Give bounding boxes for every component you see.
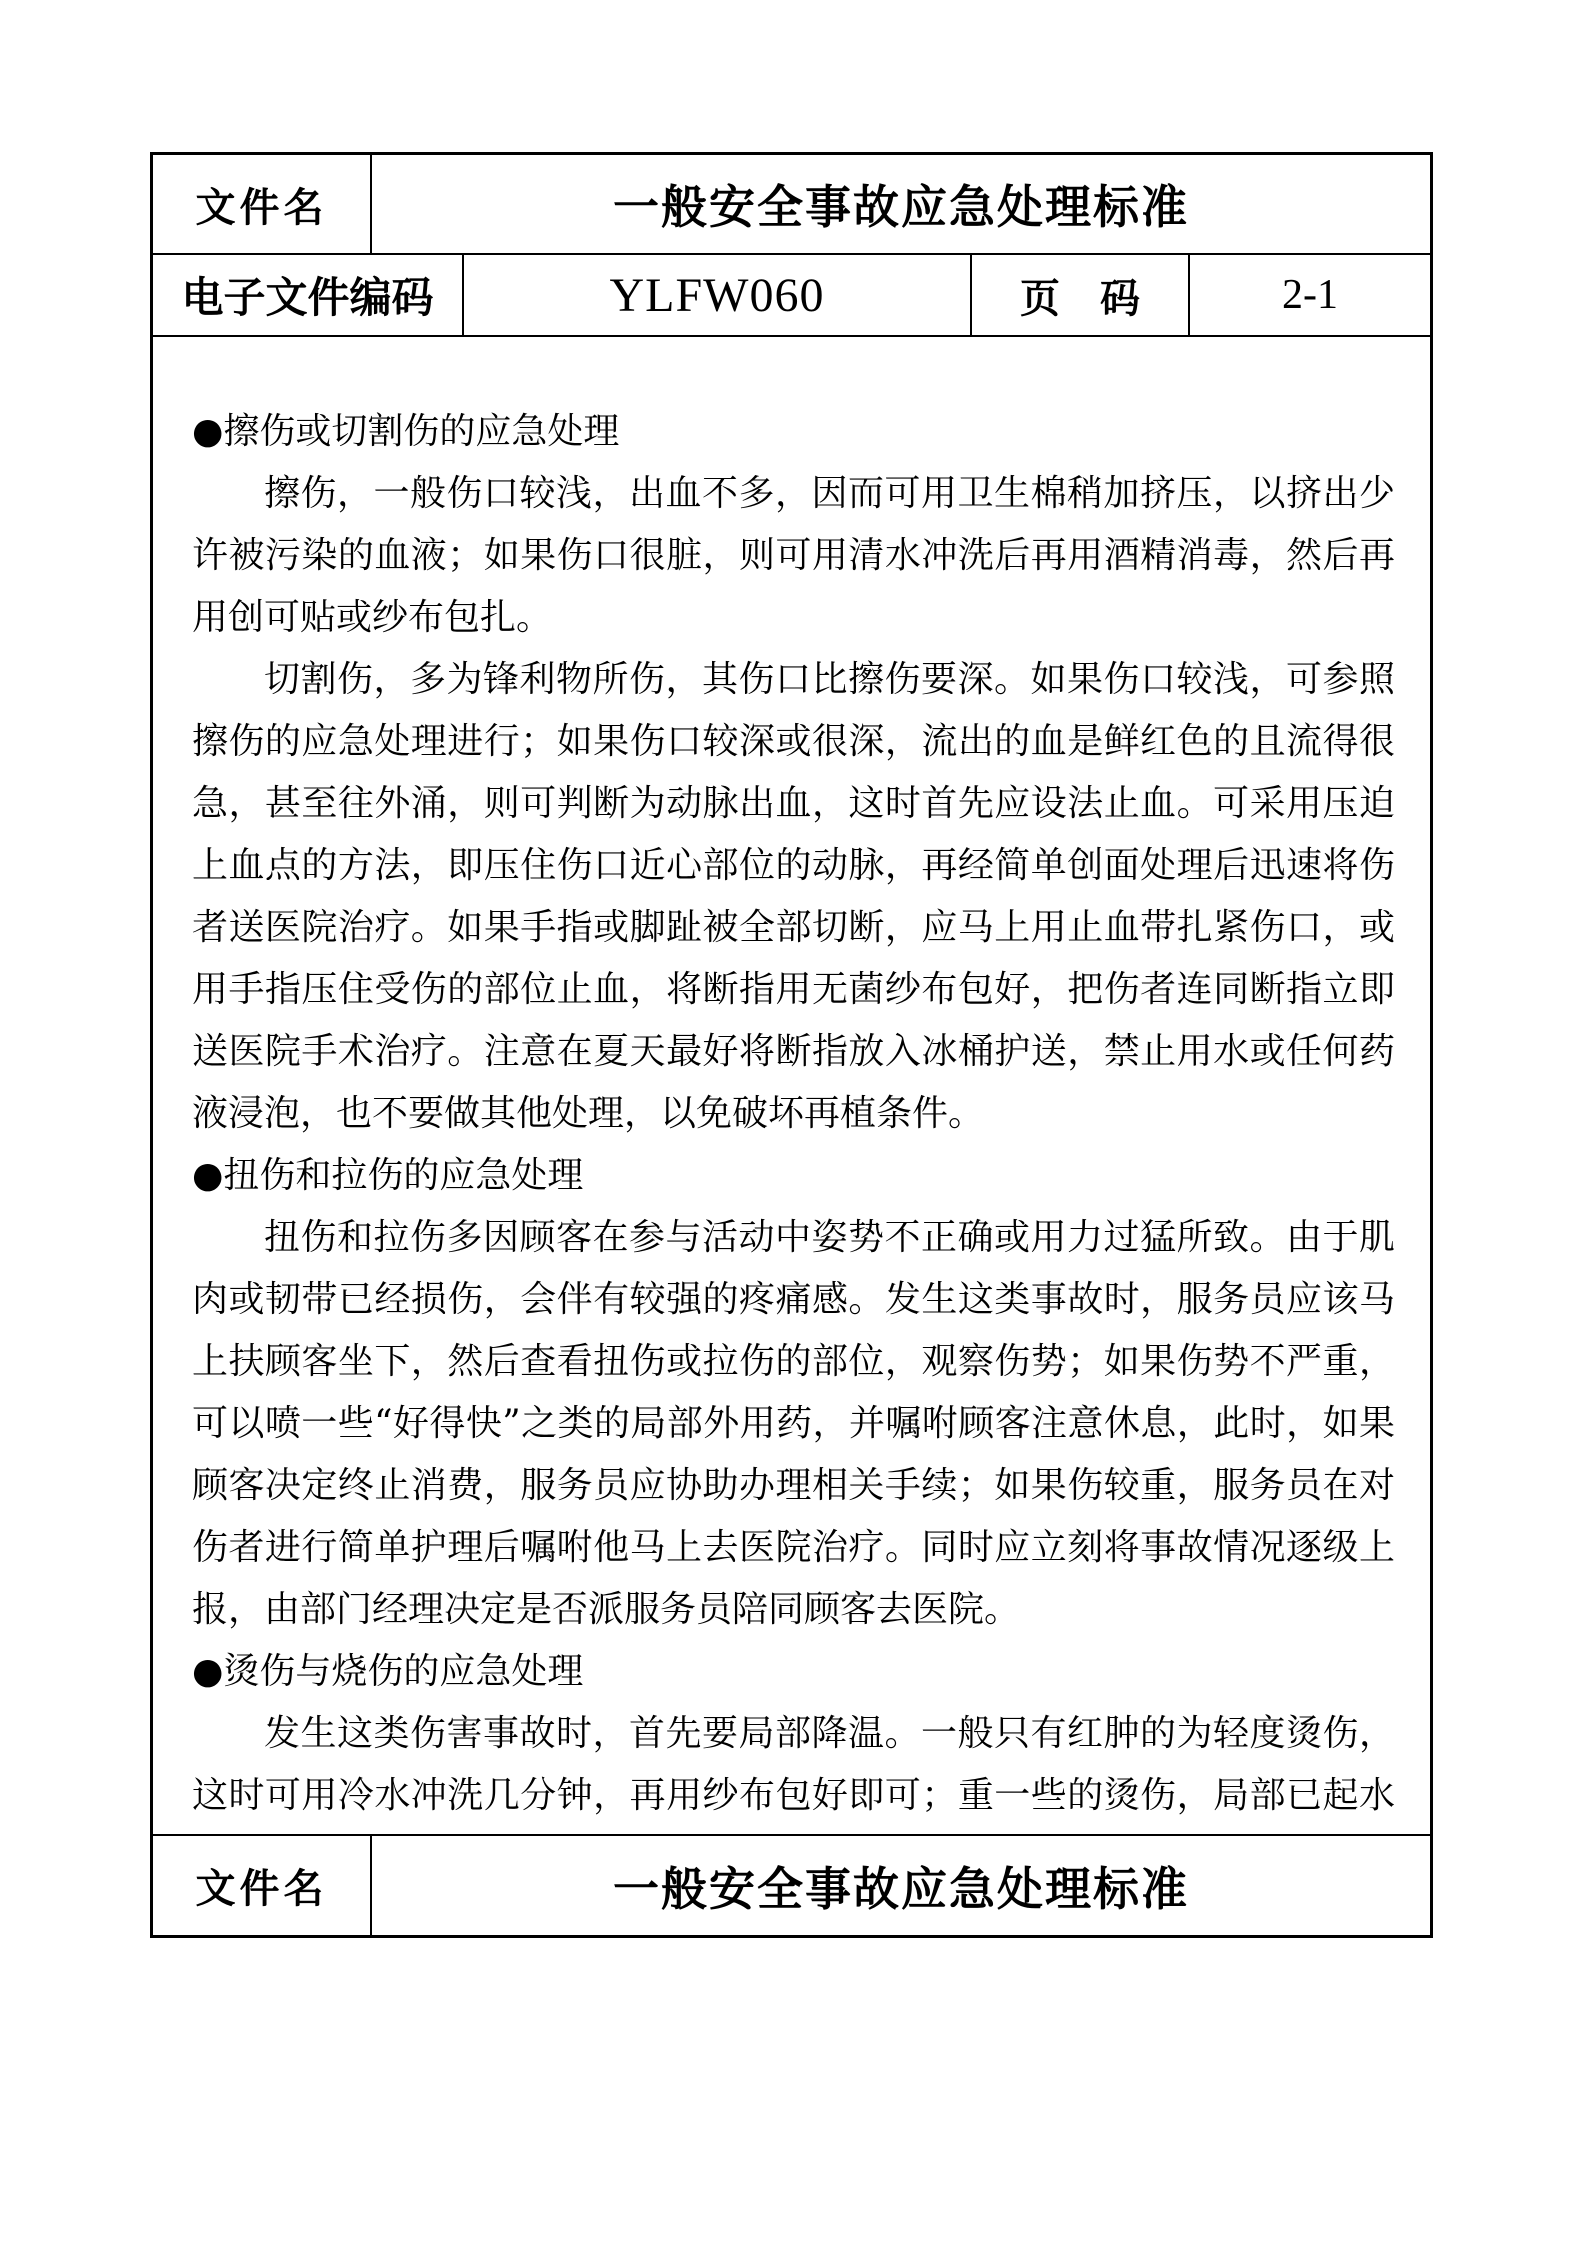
file-code-value-cell: YLFW060 [464,255,972,335]
body-paragraph: 发生这类伤害事故时，首先要局部降温。一般只有红肿的为轻度烫伤，这时可用冷水冲洗几… [192,1703,1395,1836]
section-heading: ●扭伤和拉伤的应急处理 [192,1145,1395,1207]
page-number-value-cell: 2-1 [1190,255,1430,335]
footer-document-title: 一般安全事故应急处理标准 [613,1853,1189,1919]
page-number-label-cell: 页 码 [972,255,1190,335]
document-title-cell: 一般安全事故应急处理标准 [372,155,1430,253]
file-name-label-cell: 文件名 [153,155,372,253]
file-name-label: 文件名 [196,176,328,233]
body-paragraph: 擦伤，一般伤口较浅，出血不多，因而可用卫生棉稍加挤压，以挤出少许被污染的血液；如… [192,463,1395,649]
section-heading: ●烫伤与烧伤的应急处理 [192,1641,1395,1703]
file-code-value: YLFW060 [610,268,825,323]
document-page: 文件名 一般安全事故应急处理标准 电子文件编码 YLFW060 页 码 2-1 … [0,0,1587,2245]
file-code-label: 电子文件编码 [181,265,433,325]
footer-file-name-label-cell: 文件名 [153,1836,372,1935]
body-paragraph: 切割伤，多为锋利物所伤，其伤口比擦伤要深。如果伤口较浅，可参照擦伤的应急处理进行… [192,649,1395,1145]
footer-title-row: 文件名 一般安全事故应急处理标准 [153,1836,1430,1935]
document-title: 一般安全事故应急处理标准 [613,171,1189,237]
footer-file-name-label: 文件名 [196,1857,328,1914]
page-number-value: 2-1 [1282,271,1338,319]
document-body: ●擦伤或切割伤的应急处理 擦伤，一般伤口较浅，出血不多，因而可用卫生棉稍加挤压，… [153,337,1430,1836]
header-meta-row: 电子文件编码 YLFW060 页 码 2-1 [153,255,1430,337]
section-heading: ●擦伤或切割伤的应急处理 [192,401,1395,463]
document-table: 文件名 一般安全事故应急处理标准 电子文件编码 YLFW060 页 码 2-1 … [150,152,1433,1938]
body-paragraph: 扭伤和拉伤多因顾客在参与活动中姿势不正确或用力过猛所致。由于肌肉或韧带已经损伤，… [192,1207,1395,1641]
header-title-row: 文件名 一般安全事故应急处理标准 [153,155,1430,255]
file-code-label-cell: 电子文件编码 [153,255,464,335]
footer-document-title-cell: 一般安全事故应急处理标准 [372,1836,1430,1935]
page-number-label: 页 码 [1020,267,1140,324]
